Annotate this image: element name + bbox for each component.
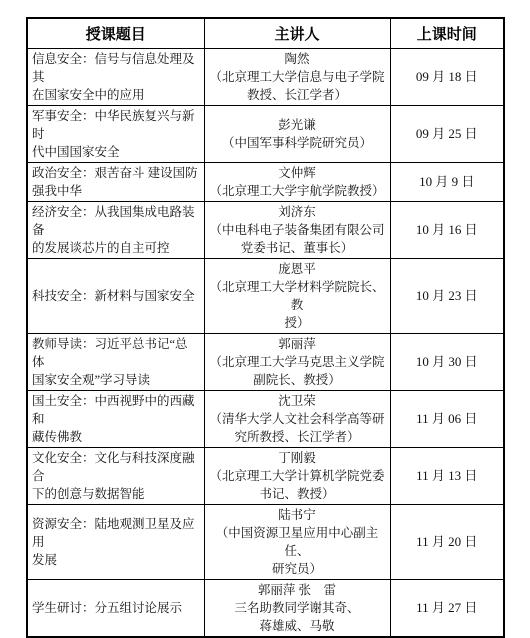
table-row: 国土安全：中西视野中的西藏和 藏传佛教 沈卫荣 （清华大学人文社会科学高等研 究… [27, 390, 504, 447]
topic-cell: 资源安全：陆地观测卫星及应用 发展 [27, 504, 204, 579]
speaker-cell: 郭丽萍 张 雷 三名助教同学谢其奇、 蒋雄威、马敬 [204, 579, 390, 637]
table-row: 文化安全：文化与科技深度融合 下的创意与数据智能 丁刚毅 （北京理工大学计算机学… [27, 447, 504, 504]
speaker-cell: 丁刚毅 （北京理工大学计算机学院党委 书记、教授） [204, 447, 390, 504]
header-speaker: 主讲人 [204, 18, 390, 48]
table-row: 学生研讨：分五组讨论展示 郭丽萍 张 雷 三名助教同学谢其奇、 蒋雄威、马敬 1… [27, 579, 504, 637]
time-cell: 09 月 25 日 [390, 105, 504, 162]
speaker-cell: 沈卫荣 （清华大学人文社会科学高等研 究所教授、长江学者） [204, 390, 390, 447]
topic-cell: 军事安全：中华民族复兴与新时 代中国国家安全 [27, 105, 204, 162]
table-body: 信息安全：信号与信息处理及其 在国家安全中的应用 陶然 （北京理工大学信息与电子… [27, 48, 504, 637]
table-row: 经济安全：从我国集成电路装备 的发展谈芯片的自主可控 刘济东 （中电科电子装备集… [27, 201, 504, 258]
speaker-cell: 郭丽萍 （北京理工大学马克思主义学院 副院长、教授） [204, 333, 390, 390]
topic-cell: 教师导读：习近平总书记“总体 国家安全观”学习导读 [27, 333, 204, 390]
table-row: 信息安全：信号与信息处理及其 在国家安全中的应用 陶然 （北京理工大学信息与电子… [27, 48, 504, 105]
time-cell: 11 月 13 日 [390, 447, 504, 504]
topic-cell: 文化安全：文化与科技深度融合 下的创意与数据智能 [27, 447, 204, 504]
time-cell: 10 月 9 日 [390, 162, 504, 201]
speaker-cell: 陶然 （北京理工大学信息与电子学院 教授、长江学者） [204, 48, 390, 105]
header-row: 授课题目 主讲人 上课时间 [27, 18, 504, 48]
time-cell: 10 月 16 日 [390, 201, 504, 258]
topic-cell: 经济安全：从我国集成电路装备 的发展谈芯片的自主可控 [27, 201, 204, 258]
table-row: 科技安全：新材料与国家安全 庞恩平 （北京理工大学材料学院院长、教 授） 10 … [27, 258, 504, 333]
time-cell: 11 月 06 日 [390, 390, 504, 447]
topic-cell: 学生研讨：分五组讨论展示 [27, 579, 204, 637]
speaker-cell: 陆书宁 （中国资源卫星应用中心副主任、 研究员） [204, 504, 390, 579]
speaker-cell: 彭光谦 （中国军事科学院研究员） [204, 105, 390, 162]
table-row: 政治安全：艰苦奋斗 建设国防 强我中华 文仲辉 （北京理工大学宇航学院教授） 1… [27, 162, 504, 201]
header-time: 上课时间 [390, 18, 504, 48]
topic-cell: 政治安全：艰苦奋斗 建设国防 强我中华 [27, 162, 204, 201]
speaker-cell: 刘济东 （中电科电子装备集团有限公司 党委书记、董事长） [204, 201, 390, 258]
header-topic: 授课题目 [27, 18, 204, 48]
time-cell: 09 月 18 日 [390, 48, 504, 105]
table-header: 授课题目 主讲人 上课时间 [27, 18, 504, 48]
time-cell: 10 月 23 日 [390, 258, 504, 333]
time-cell: 11 月 20 日 [390, 504, 504, 579]
topic-cell: 国土安全：中西视野中的西藏和 藏传佛教 [27, 390, 204, 447]
speaker-cell: 文仲辉 （北京理工大学宇航学院教授） [204, 162, 390, 201]
topic-cell: 信息安全：信号与信息处理及其 在国家安全中的应用 [27, 48, 204, 105]
time-cell: 11 月 27 日 [390, 579, 504, 637]
course-schedule-table: 授课题目 主讲人 上课时间 信息安全：信号与信息处理及其 在国家安全中的应用 陶… [26, 17, 505, 638]
time-cell: 10 月 30 日 [390, 333, 504, 390]
table-row: 教师导读：习近平总书记“总体 国家安全观”学习导读 郭丽萍 （北京理工大学马克思… [27, 333, 504, 390]
table-row: 资源安全：陆地观测卫星及应用 发展 陆书宁 （中国资源卫星应用中心副主任、 研究… [27, 504, 504, 579]
table-row: 军事安全：中华民族复兴与新时 代中国国家安全 彭光谦 （中国军事科学院研究员） … [27, 105, 504, 162]
speaker-cell: 庞恩平 （北京理工大学材料学院院长、教 授） [204, 258, 390, 333]
topic-cell: 科技安全：新材料与国家安全 [27, 258, 204, 333]
